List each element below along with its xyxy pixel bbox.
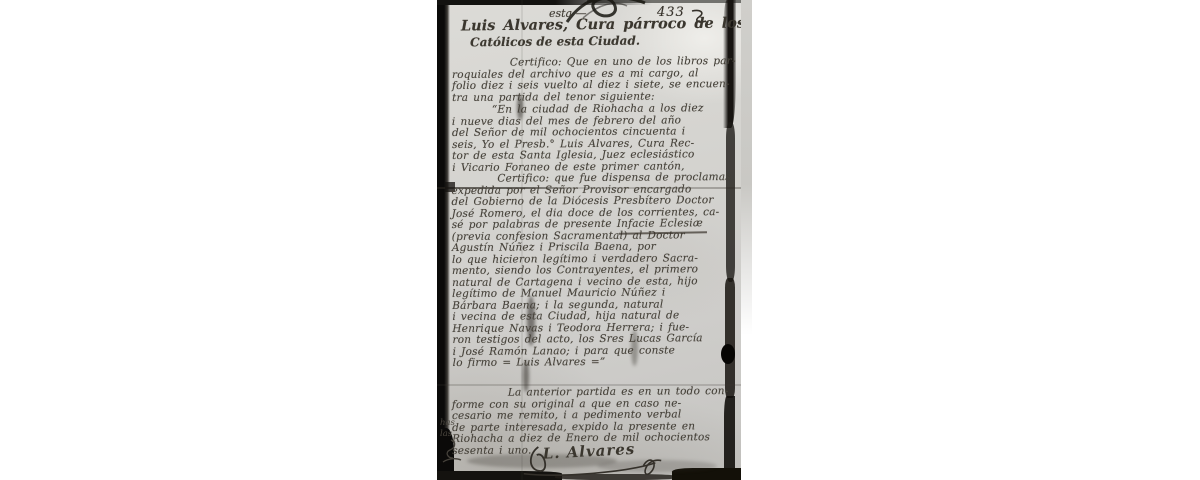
margin-paraph-icon	[441, 438, 463, 464]
viewer-background: esta — 433 Luis Alvares, Cura párroco de…	[0, 0, 1200, 480]
signature-block: L. Alvares	[514, 432, 676, 480]
document-title: Luis Alvares, Cura párroco de los Católi…	[461, 15, 739, 50]
title-line: Luis Alvares, Cura párroco de los	[461, 15, 739, 35]
adjacent-page-sliver	[741, 0, 752, 335]
manuscript-line: lo firmo = Luis Alvares =”	[453, 356, 731, 369]
margin-note: haslas	[440, 418, 455, 440]
partida-paragraph: “En la ciudad de Riohacha a los diezi nu…	[452, 103, 730, 174]
certification-intro-paragraph: Certifico: Que en uno de los libros par-…	[452, 56, 730, 104]
paper-edge-left	[437, 0, 450, 480]
partida-paragraph: Certifico: que fue dispensa de proclamas…	[451, 172, 730, 369]
scanned-document: esta — 433 Luis Alvares, Cura párroco de…	[437, 0, 741, 480]
manuscript-line: has	[440, 418, 455, 429]
title-line: Católicos de esta Ciudad.	[470, 33, 739, 50]
